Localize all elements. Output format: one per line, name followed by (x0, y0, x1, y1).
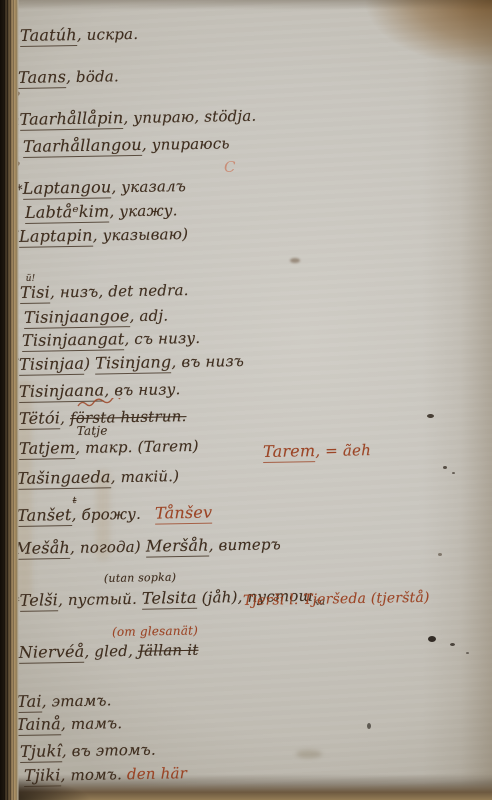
entry-line: Tai, этамъ. (17, 690, 112, 711)
headword: Laptapin (19, 226, 93, 248)
headword: Tainå (16, 714, 61, 736)
entry-line: (Tisinjaa) Tisinjang, въ низъ (13, 351, 244, 374)
margin-red-entry: Tarem, = ãeh (263, 440, 371, 461)
red-gloss: , = ãeh (315, 441, 371, 460)
headword: Labtåᵉkim (25, 202, 110, 224)
ink-speck (450, 643, 455, 646)
gloss: , этамъ. (42, 691, 112, 710)
headword-variant: Tisinjang (95, 352, 172, 374)
gloss: , искра. (77, 25, 139, 44)
gloss: , gled, (84, 642, 138, 661)
red-c-mark: C (224, 158, 235, 176)
stain-speck (296, 750, 322, 758)
headword: Tisinjaangoe (24, 306, 130, 329)
headword: Tanšet (17, 505, 72, 527)
red-scribble-correction (76, 398, 122, 410)
headword: Telši (20, 590, 59, 612)
headword: Tisinjaa (19, 354, 84, 376)
stain-speck (290, 258, 300, 263)
gloss: , (60, 409, 70, 427)
note-text: (utan sopka) (104, 571, 176, 585)
headword-variant: Meršåh (146, 536, 209, 558)
gloss: , указалъ (111, 177, 186, 196)
superscript-correction: t (73, 496, 77, 506)
headword: Taarhållangou (23, 135, 142, 158)
headword-variant: Telsita (142, 588, 197, 610)
gloss: , витеръ (208, 535, 281, 554)
headword: Tai (17, 692, 42, 713)
interlinear-note: (utan sopka) (104, 571, 176, 585)
ink-speck (438, 553, 442, 556)
struck-gloss: Jällan it (138, 641, 199, 660)
headword: Taatúh (20, 25, 77, 47)
red-variant: Tånšev (155, 503, 213, 525)
manuscript-page-photo: Taatúh, искра. Taans, böda. ? uTaarhållå… (0, 0, 492, 800)
entry-line: ü!Tisi, низъ, det nedra. (20, 280, 189, 302)
entry-line: *Laptangou, указалъ (16, 176, 186, 198)
headword: Tatjem (19, 438, 76, 460)
headword: Niervéå (19, 642, 85, 664)
ink-speck (443, 466, 447, 469)
page-edges (4, 0, 16, 800)
entry-line: *Niervéå, gled, Jällan it (12, 640, 199, 662)
page-edge-shading (422, 0, 492, 800)
gloss: , указываю) (93, 225, 189, 245)
headword: Taans (18, 67, 66, 89)
gloss: , въ этомъ. (62, 741, 156, 761)
gloss: , böda. (66, 67, 119, 86)
entry-line: TatjeTatjem, такр. (Tarem) (19, 436, 199, 458)
entry-line: Tisinjaangat, съ низу. (22, 328, 201, 350)
headword: Mešåh (15, 538, 70, 560)
headword: Tisi (20, 282, 50, 304)
superscript-note: ü! (26, 274, 36, 284)
headword: Taarhållåpin (19, 108, 123, 131)
entry-line: Taatúh, искра. (20, 24, 139, 45)
gloss: , пустый. (58, 590, 142, 609)
note-text: (om glesanät) (112, 623, 198, 638)
gloss: , такр. (Tarem) (75, 437, 199, 457)
gloss: , такій.) (111, 467, 180, 486)
interlinear-note: Tatje (77, 423, 108, 438)
separator: ) (84, 355, 95, 373)
entry-line: Tjukî, въ этомъ. (20, 740, 156, 761)
ink-speck (452, 472, 455, 474)
headword: Tëtói (19, 408, 60, 430)
ink-speck (428, 636, 436, 642)
gloss: , упираю, stödja. (123, 107, 256, 127)
gloss: , adj. (129, 306, 168, 325)
headword: Tjukî (20, 741, 62, 763)
red-note: (om glesanät) (112, 623, 198, 638)
entry-line: Tanšett, брожу.Tånšev (17, 503, 213, 525)
entry-line: Taarhållangou, упираюсь (23, 133, 230, 156)
red-variant: Tjerši l. Tjeršeda (tjerštå) (243, 590, 430, 609)
entry-line: (Tašingaeda, такій.) (11, 466, 180, 488)
headword: Laptangou (23, 177, 112, 200)
gloss: , низъ, det nedra. (50, 281, 189, 301)
gloss: , брожу. (71, 505, 141, 524)
gloss: , съ низу. (124, 329, 200, 348)
page-top-shadow (0, 0, 492, 10)
entry-line: Tisinjaangoe, adj. (24, 305, 169, 327)
gloss: , укажу. (109, 201, 178, 220)
headword: Tisinjaangat (22, 329, 125, 352)
headword-red: Tarem (263, 441, 316, 463)
ink-speck (466, 652, 469, 654)
gloss: , погода) (70, 538, 146, 557)
entry-line: Labtåᵉkim, укажу. (25, 200, 178, 222)
entry-line: Tainå, тамъ. (16, 713, 123, 734)
gloss: , въ низу. (104, 380, 181, 399)
entry-line: (Laptapin, указываю) (13, 224, 188, 246)
headword: Tašingaeda (17, 467, 111, 490)
gloss: , въ низъ (171, 352, 244, 371)
ink-speck (427, 414, 434, 418)
ink-speck (367, 723, 371, 729)
margin-red-entry: Tjerši l. Tjeršeda (tjerštå) (243, 590, 430, 609)
gloss: , тамъ. (61, 714, 123, 733)
entry-line: Taans, böda. (18, 66, 119, 87)
gloss: , упираюсь (142, 134, 230, 154)
